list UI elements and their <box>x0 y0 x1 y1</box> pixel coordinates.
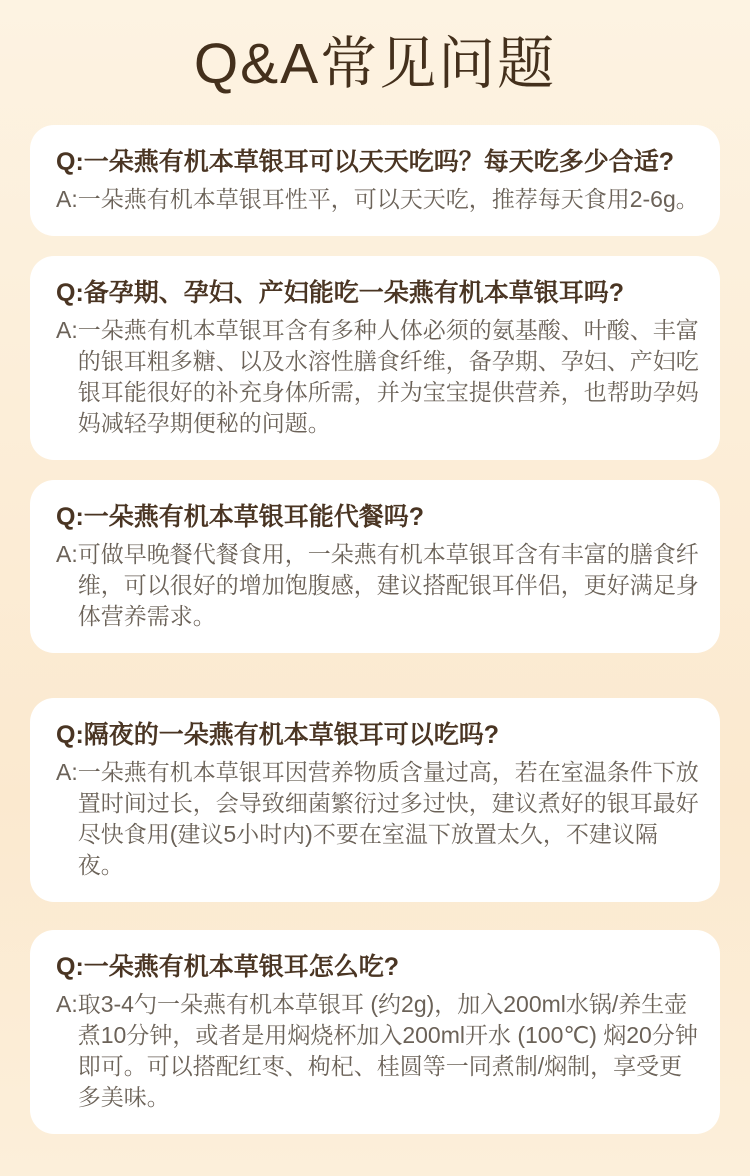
faq-answer-row: A: 取3-4勺一朵燕有机本草银耳 (约2g)，加入200ml水锅/养生壶煮10… <box>56 989 700 1113</box>
question-prefix: Q: <box>56 144 84 180</box>
faq-card-3: Q: 一朵燕有机本草银耳能代餐吗? A: 可做早晚餐代餐食用，一朵燕有机本草银耳… <box>30 480 720 653</box>
faq-card-5: Q: 一朵燕有机本草银耳怎么吃? A: 取3-4勺一朵燕有机本草银耳 (约2g)… <box>30 930 720 1134</box>
question-prefix: Q: <box>56 717 84 753</box>
answer-text: 一朵燕有机本草银耳含有多种人体必须的氨基酸、叶酸、丰富的银耳粗多糖、以及水溶性膳… <box>78 315 700 439</box>
faq-answer-row: A: 一朵燕有机本草银耳含有多种人体必须的氨基酸、叶酸、丰富的银耳粗多糖、以及水… <box>56 315 700 439</box>
answer-text: 一朵燕有机本草银耳因营养物质含量过高，若在室温条件下放置时间过长，会导致细菌繁衍… <box>78 757 700 881</box>
faq-card-4: Q: 隔夜的一朵燕有机本草银耳可以吃吗? A: 一朵燕有机本草银耳因营养物质含量… <box>30 698 720 902</box>
answer-text: 可做早晚餐代餐食用，一朵燕有机本草银耳含有丰富的膳食纤维，可以很好的增加饱腹感，… <box>78 539 700 632</box>
question-prefix: Q: <box>56 275 84 311</box>
faq-page: Q&A常见问题 Q: 一朵燕有机本草银耳可以天天吃吗？每天吃多少合适? A: 一… <box>0 0 750 1176</box>
answer-prefix: A: <box>56 989 78 1020</box>
faq-question-row: Q: 一朵燕有机本草银耳可以天天吃吗？每天吃多少合适? <box>56 144 700 180</box>
faq-question-row: Q: 一朵燕有机本草银耳怎么吃? <box>56 949 700 985</box>
faq-answer-row: A: 可做早晚餐代餐食用，一朵燕有机本草银耳含有丰富的膳食纤维，可以很好的增加饱… <box>56 539 700 632</box>
question-text: 一朵燕有机本草银耳能代餐吗? <box>84 499 700 535</box>
faq-question-row: Q: 隔夜的一朵燕有机本草银耳可以吃吗? <box>56 717 700 753</box>
question-prefix: Q: <box>56 949 84 985</box>
answer-prefix: A: <box>56 757 78 788</box>
answer-text: 取3-4勺一朵燕有机本草银耳 (约2g)，加入200ml水锅/养生壶煮10分钟，… <box>78 989 700 1113</box>
faq-answer-row: A: 一朵燕有机本草银耳性平，可以天天吃，推荐每天食用2-6g。 <box>56 184 700 215</box>
answer-prefix: A: <box>56 315 78 346</box>
answer-prefix: A: <box>56 539 78 570</box>
question-text: 隔夜的一朵燕有机本草银耳可以吃吗? <box>84 717 700 753</box>
answer-text: 一朵燕有机本草银耳性平，可以天天吃，推荐每天食用2-6g。 <box>78 184 700 215</box>
question-text: 一朵燕有机本草银耳怎么吃? <box>84 949 700 985</box>
question-prefix: Q: <box>56 499 84 535</box>
faq-answer-row: A: 一朵燕有机本草银耳因营养物质含量过高，若在室温条件下放置时间过长，会导致细… <box>56 757 700 881</box>
question-text: 备孕期、孕妇、产妇能吃一朵燕有机本草银耳吗? <box>84 275 700 311</box>
faq-question-row: Q: 一朵燕有机本草银耳能代餐吗? <box>56 499 700 535</box>
faq-card-2: Q: 备孕期、孕妇、产妇能吃一朵燕有机本草银耳吗? A: 一朵燕有机本草银耳含有… <box>30 256 720 460</box>
answer-prefix: A: <box>56 184 78 215</box>
faq-question-row: Q: 备孕期、孕妇、产妇能吃一朵燕有机本草银耳吗? <box>56 275 700 311</box>
faq-card-1: Q: 一朵燕有机本草银耳可以天天吃吗？每天吃多少合适? A: 一朵燕有机本草银耳… <box>30 125 720 236</box>
question-text: 一朵燕有机本草银耳可以天天吃吗？每天吃多少合适? <box>84 144 700 180</box>
page-title: Q&A常见问题 <box>30 26 720 103</box>
